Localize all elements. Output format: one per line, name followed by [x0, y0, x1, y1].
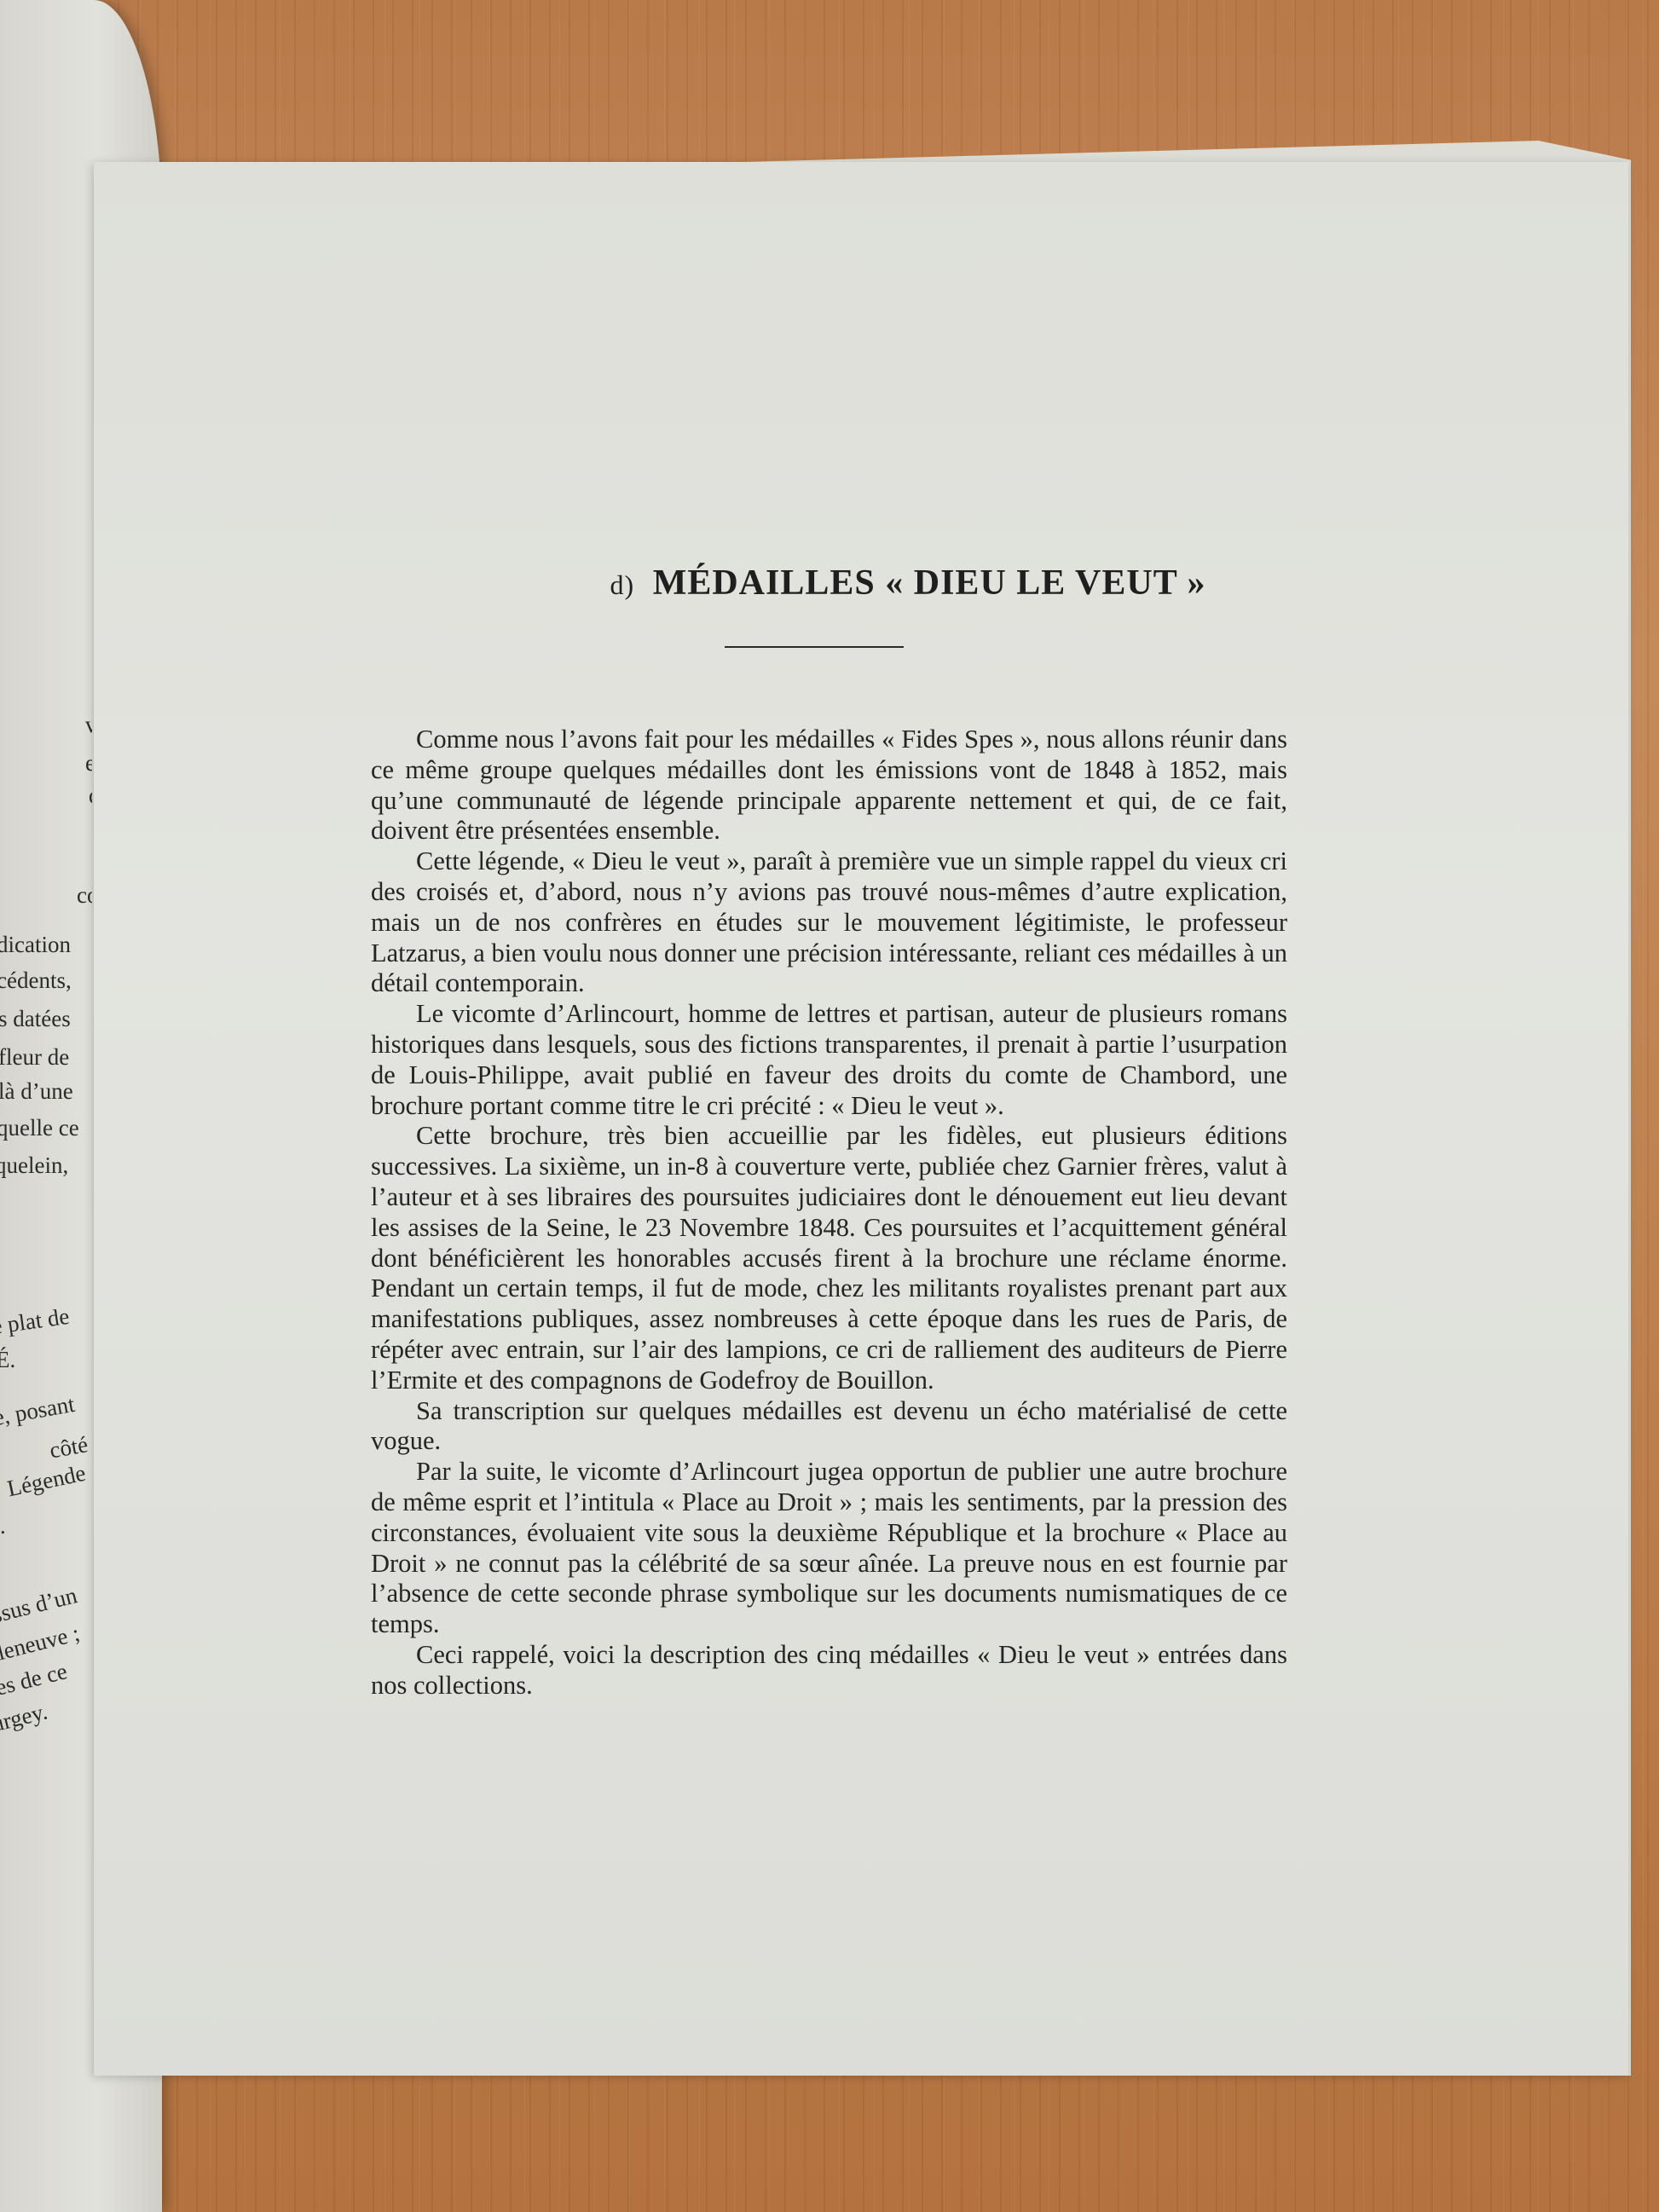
paragraph: Sa transcription sur quelques médailles … [371, 1396, 1287, 1458]
section-prefix: d) [610, 569, 635, 600]
paragraph: Ceci rappelé, voici la description des c… [371, 1640, 1287, 1701]
paragraph: Comme nous l’avons fait pour les médaill… [371, 725, 1287, 846]
left-page-text: quelein, [0, 1152, 68, 1179]
section-heading: d) MÉDAILLES « DIEU LE VEUT » [141, 563, 1659, 604]
paragraph: Cette brochure, très bien accueillie par… [371, 1121, 1287, 1395]
left-page-text: . [0, 1513, 6, 1539]
left-page-text: es de ce [0, 1658, 70, 1701]
section-title: MÉDAILLES « DIEU LE VEUT » [653, 563, 1206, 603]
left-page-text: dication [0, 932, 71, 958]
left-page-text: Légende [5, 1460, 88, 1503]
document-page: d) MÉDAILLES « DIEU LE VEUT » Comme nous… [94, 162, 1628, 2076]
paragraph: Par la suite, le vicomte d’Arlincourt ju… [371, 1457, 1287, 1640]
paragraph: Cette légende, « Dieu le veut », paraît … [371, 846, 1287, 999]
left-page-text: là d’une [0, 1078, 73, 1105]
left-page-text: quelle ce [0, 1115, 79, 1141]
left-page-text: e plat de [0, 1303, 71, 1340]
body-text: Comme nous l’avons fait pour les médaill… [371, 725, 1287, 1701]
left-page-text: urgey. [0, 1698, 50, 1737]
left-page-text: s datées [0, 1006, 71, 1032]
paragraph: Le vicomte d’Arlincourt, homme de lettre… [371, 999, 1287, 1121]
title-divider [725, 646, 904, 648]
left-page-text: cédents, [0, 967, 72, 994]
left-page-text: fleur de [0, 1044, 69, 1071]
left-page-text: IÉ. [0, 1347, 15, 1373]
left-page-text: e, posant [0, 1391, 77, 1431]
left-page-text: leneuve ; [0, 1620, 83, 1666]
